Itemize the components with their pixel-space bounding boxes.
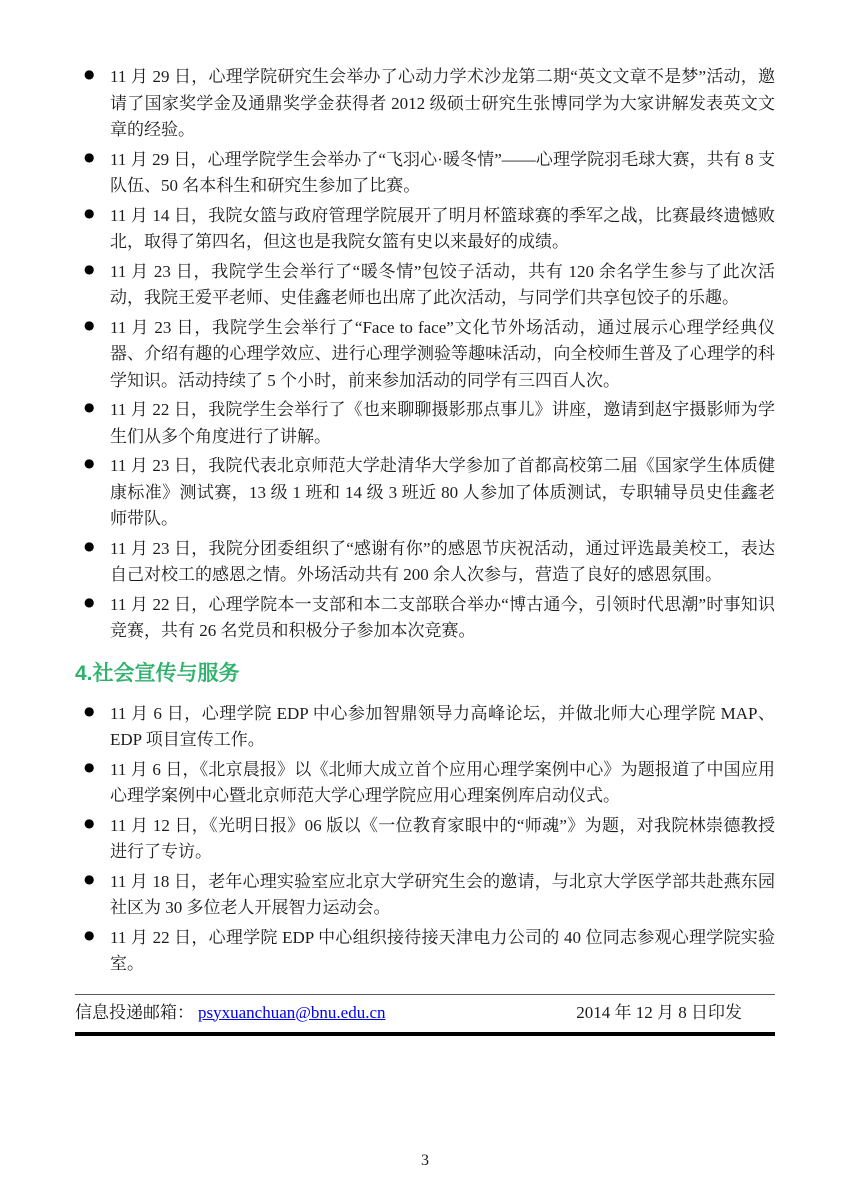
list-item: ● 11 月 22 日，我院学生会举行了《也来聊聊摄影那点事儿》讲座，邀请到赵宇… [75, 397, 775, 450]
mailbox-label: 信息投递邮箱： [75, 1000, 194, 1027]
list-item-text: 11 月 22 日，心理学院 EDP 中心组织接待接天津电力公司的 40 位同志… [110, 928, 775, 974]
list-item: ● 11 月 6 日，心理学院 EDP 中心参加智鼎领导力高峰论坛，并做北师大心… [75, 701, 775, 754]
section4-events-list: ● 11 月 6 日，心理学院 EDP 中心参加智鼎领导力高峰论坛，并做北师大心… [75, 701, 775, 978]
list-item-text: 11 月 23 日，我院学生会举行了“Face to face”文化节外场活动，… [110, 318, 775, 390]
list-item-text: 11 月 14 日，我院女篮与政府管理学院展开了明月杯篮球赛的季军之战，比赛最终… [110, 206, 775, 252]
bullet-icon: ● [84, 319, 94, 331]
list-item: ● 11 月 23 日，我院学生会举行了“Face to face”文化节外场活… [75, 315, 775, 395]
list-item: ● 11 月 6 日，《北京晨报》以《北师大成立首个应用心理学案例中心》为题报道… [75, 757, 775, 810]
footer-row: 信息投递邮箱： psyxuanchuan@bnu.edu.cn 2014 年 1… [75, 995, 775, 1033]
list-item: ● 11 月 18 日，老年心理实验室应北京大学研究生会的邀请，与北京大学医学部… [75, 869, 775, 922]
list-item-text: 11 月 23 日，我院分团委组织了“感谢有你”的感恩节庆祝活动，通过评选最美校… [110, 539, 775, 585]
list-item: ● 11 月 23 日，我院分团委组织了“感谢有你”的感恩节庆祝活动，通过评选最… [75, 536, 775, 589]
bullet-icon: ● [84, 705, 94, 717]
print-date: 2014 年 12 月 8 日印发 [576, 1000, 742, 1027]
list-item-text: 11 月 23 日，我院学生会举行了“暖冬情”包饺子活动，共有 120 余名学生… [110, 262, 775, 308]
bullet-icon: ● [84, 207, 94, 219]
list-item-text: 11 月 22 日，心理学院本一支部和本二支部联合举办“博古通今，引领时代思潮”… [110, 595, 775, 641]
list-item-text: 11 月 23 日，我院代表北京师范大学赴清华大学参加了首都高校第二届《国家学生… [110, 456, 775, 528]
list-item: ● 11 月 22 日，心理学院 EDP 中心组织接待接天津电力公司的 40 位… [75, 925, 775, 978]
list-item: ● 11 月 29 日，心理学院学生会举办了“飞羽心·暖冬情”——心理学院羽毛球… [75, 147, 775, 200]
list-item: ● 11 月 23 日，我院代表北京师范大学赴清华大学参加了首都高校第二届《国家… [75, 453, 775, 533]
page-number: 3 [75, 1148, 775, 1175]
bullet-icon: ● [84, 457, 94, 469]
section4-heading: 4.社会宣传与服务 [75, 659, 775, 689]
document-page: ● 11 月 29 日，心理学院研究生会举办了心动力学术沙龙第二期“英文文章不是… [0, 0, 849, 1175]
bullet-icon: ● [84, 401, 94, 413]
list-item: ● 11 月 12 日，《光明日报》06 版以《一位教育家眼中的“师魂”》为题，… [75, 813, 775, 866]
footer-bottom-rule [75, 1032, 775, 1036]
bullet-icon: ● [84, 151, 94, 163]
bullet-icon: ● [84, 263, 94, 275]
list-item: ● 11 月 14 日，我院女篮与政府管理学院展开了明月杯篮球赛的季军之战，比赛… [75, 203, 775, 256]
list-item-text: 11 月 6 日，心理学院 EDP 中心参加智鼎领导力高峰论坛，并做北师大心理学… [110, 704, 775, 750]
list-item: ● 11 月 23 日，我院学生会举行了“暖冬情”包饺子活动，共有 120 余名… [75, 259, 775, 312]
list-item-text: 11 月 29 日，心理学院学生会举办了“飞羽心·暖冬情”——心理学院羽毛球大赛… [110, 150, 775, 196]
bullet-icon: ● [84, 68, 94, 80]
list-item: ● 11 月 29 日，心理学院研究生会举办了心动力学术沙龙第二期“英文文章不是… [75, 64, 775, 144]
bullet-icon: ● [84, 596, 94, 608]
list-item-text: 11 月 22 日，我院学生会举行了《也来聊聊摄影那点事儿》讲座，邀请到赵宇摄影… [110, 400, 775, 446]
section3-events-list: ● 11 月 29 日，心理学院研究生会举办了心动力学术沙龙第二期“英文文章不是… [75, 64, 775, 645]
bullet-icon: ● [84, 929, 94, 941]
bullet-icon: ● [84, 873, 94, 885]
list-item-text: 11 月 18 日，老年心理实验室应北京大学研究生会的邀请，与北京大学医学部共赴… [110, 872, 775, 918]
list-item-text: 11 月 12 日，《光明日报》06 版以《一位教育家眼中的“师魂”》为题，对我… [110, 816, 775, 862]
bullet-icon: ● [84, 540, 94, 552]
bullet-icon: ● [84, 761, 94, 773]
list-item: ● 11 月 22 日，心理学院本一支部和本二支部联合举办“博古通今，引领时代思… [75, 592, 775, 645]
list-item-text: 11 月 6 日，《北京晨报》以《北师大成立首个应用心理学案例中心》为题报道了中… [110, 760, 775, 806]
page-footer: 信息投递邮箱： psyxuanchuan@bnu.edu.cn 2014 年 1… [75, 994, 775, 1037]
bullet-icon: ● [84, 817, 94, 829]
email-link[interactable]: psyxuanchuan@bnu.edu.cn [198, 1000, 386, 1027]
list-item-text: 11 月 29 日，心理学院研究生会举办了心动力学术沙龙第二期“英文文章不是梦”… [110, 67, 775, 139]
